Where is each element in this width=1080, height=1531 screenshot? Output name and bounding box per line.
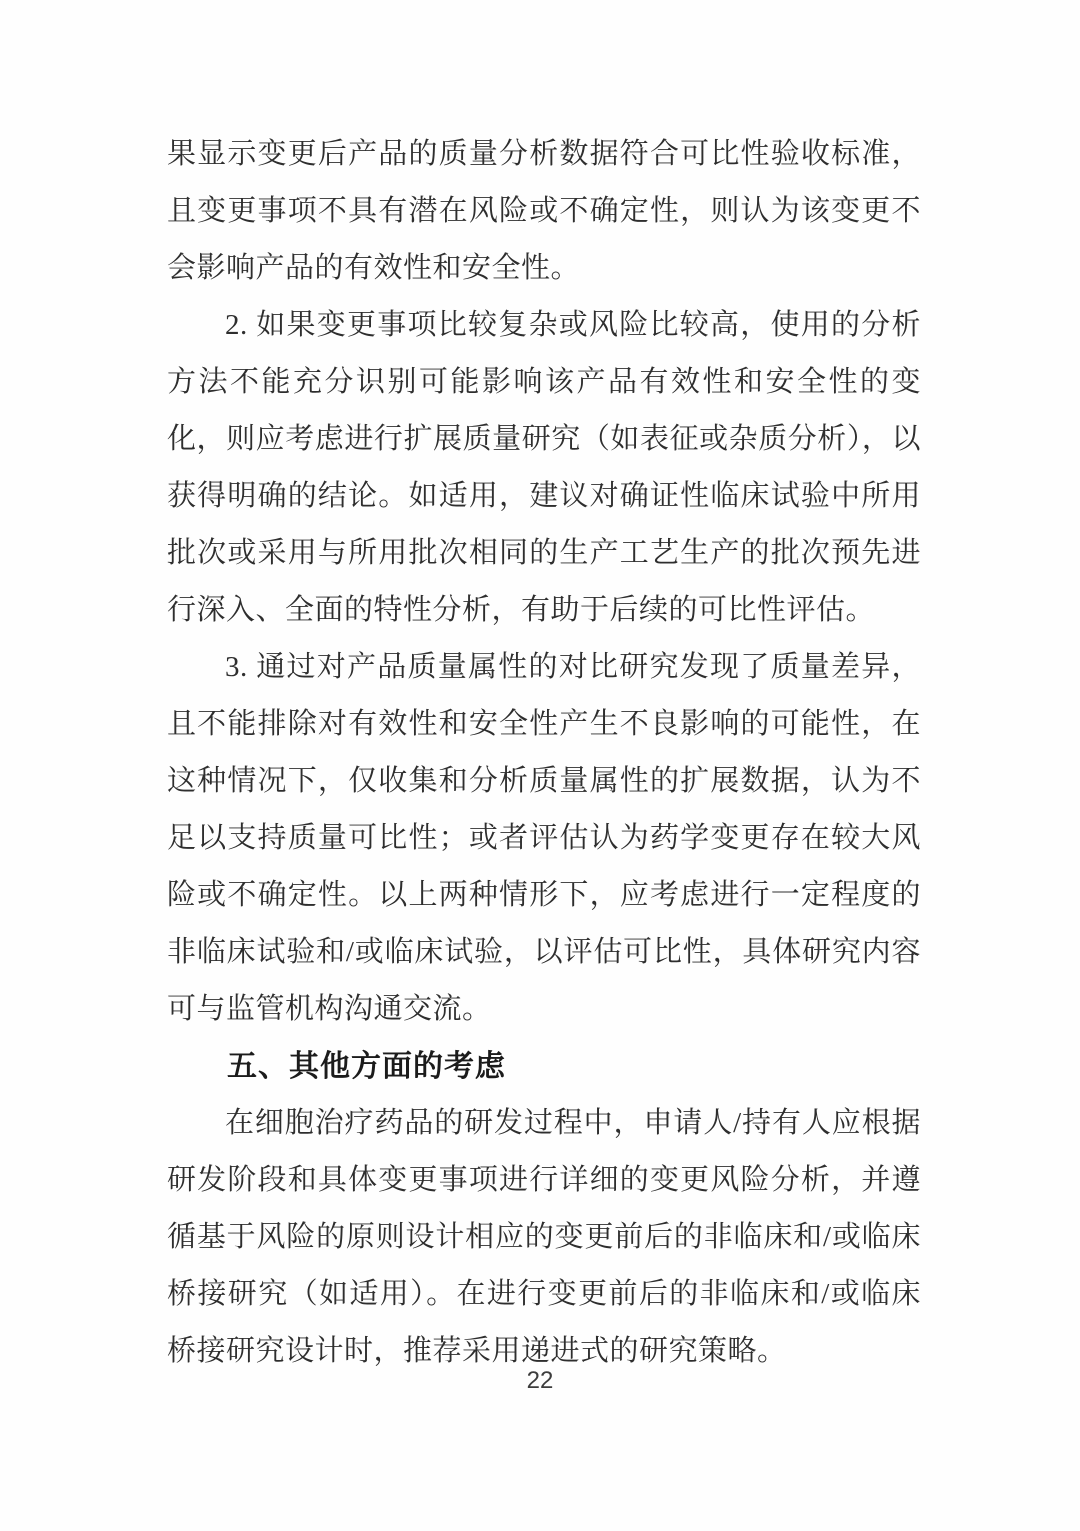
paragraph-item-3: 3. 通过对产品质量属性的对比研究发现了质量差异，且不能排除对有效性和安全性产生… (167, 639, 921, 1038)
section-heading-other-considerations: 五、其他方面的考虑 (167, 1038, 921, 1095)
paragraph-other-considerations: 在细胞治疗药品的研发过程中，申请人/持有人应根据研发阶段和具体变更事项进行详细的… (167, 1095, 921, 1380)
paragraph-item-2: 2. 如果变更事项比较复杂或风险比较高，使用的分析方法不能充分识别可能影响该产品… (167, 297, 921, 639)
paragraph-continuation: 果显示变更后产品的质量分析数据符合可比性验收标准，且变更事项不具有潜在风险或不确… (167, 126, 921, 297)
document-page: 果显示变更后产品的质量分析数据符合可比性验收标准，且变更事项不具有潜在风险或不确… (0, 0, 1080, 1531)
document-body: 果显示变更后产品的质量分析数据符合可比性验收标准，且变更事项不具有潜在风险或不确… (167, 126, 921, 1380)
page-number: 22 (0, 1366, 1080, 1396)
